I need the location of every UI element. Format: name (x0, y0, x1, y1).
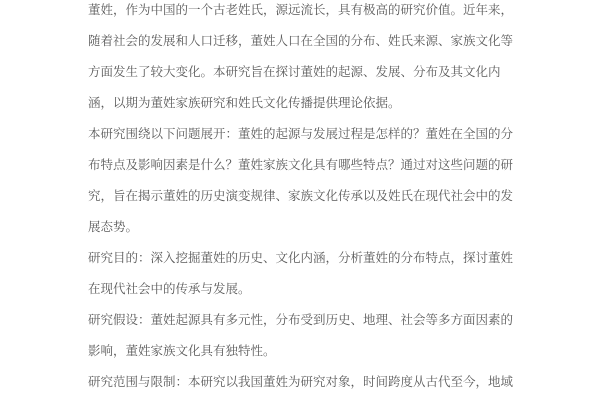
text-line: 本研究围绕以下问题展开：董姓的起源与发展过程是怎样的？董姓在全国的分 (88, 119, 548, 150)
text-line: 方面发生了较大变化。本研究旨在探讨董姓的起源、发展、分布及其文化内 (88, 57, 548, 88)
text-line: 研究目的：深入挖掘董姓的历史、文化内涵，分析董姓的分布特点，探讨董姓 (88, 243, 548, 274)
text-line: 研究范围与限制：本研究以我国董姓为研究对象，时间跨度从古代至今，地域 (88, 367, 548, 398)
text-line: 董姓，作为中国的一个古老姓氏，源远流长，具有极高的研究价值。近年来， (88, 0, 548, 26)
text-line: 涵，以期为董姓家族研究和姓氏文化传播提供理论依据。 (88, 88, 548, 119)
paragraph-2: 本研究围绕以下问题展开：董姓的起源与发展过程是怎样的？董姓在全国的分布特点及影响… (88, 119, 548, 243)
paragraph-3: 研究目的：深入挖掘董姓的历史、文化内涵，分析董姓的分布特点，探讨董姓在现代社会中… (88, 243, 548, 305)
document-text-block: 董姓，作为中国的一个古老姓氏，源远流长，具有极高的研究价值。近年来，随着社会的发… (88, 0, 548, 398)
paragraph-5: 研究范围与限制：本研究以我国董姓为研究对象，时间跨度从古代至今，地域 (88, 367, 548, 398)
paragraph-1: 董姓，作为中国的一个古老姓氏，源远流长，具有极高的研究价值。近年来，随着社会的发… (88, 0, 548, 119)
paragraph-4: 研究假设：董姓起源具有多元性，分布受到历史、地理、社会等多方面因素的影响，董姓家… (88, 305, 548, 367)
text-line: 影响，董姓家族文化具有独特性。 (88, 336, 548, 367)
text-line: 究，旨在揭示董姓的历史演变规律、家族文化传承以及姓氏在现代社会中的发 (88, 181, 548, 212)
text-line: 在现代社会中的传承与发展。 (88, 274, 548, 305)
text-line: 随着社会的发展和人口迁移，董姓人口在全国的分布、姓氏来源、家族文化等 (88, 26, 548, 57)
text-line: 布特点及影响因素是什么？董姓家族文化具有哪些特点？通过对这些问题的研 (88, 150, 548, 181)
document-page: 董姓，作为中国的一个古老姓氏，源远流长，具有极高的研究价值。近年来，随着社会的发… (0, 0, 600, 400)
text-line: 展态势。 (88, 212, 548, 243)
text-line: 研究假设：董姓起源具有多元性，分布受到历史、地理、社会等多方面因素的 (88, 305, 548, 336)
